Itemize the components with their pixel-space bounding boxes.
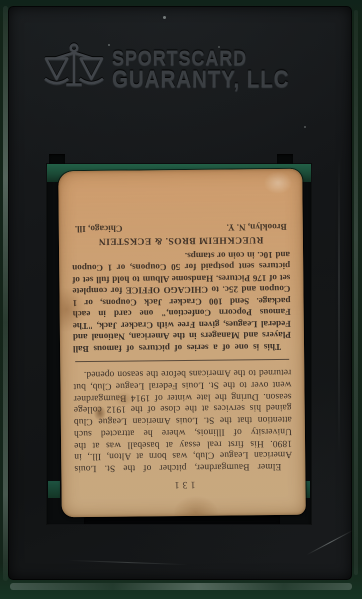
well-top-right-tab [277,154,293,164]
grader-brand-line2: GUARANTY, LLC [112,69,289,91]
company-name: RUECKHEIM BROS. & ECKSTEIN [72,234,290,247]
card-number: 131 [74,478,292,491]
trading-card-back: 131 Elmer Baumgardner, pitcher of the St… [58,169,306,518]
player-bio-text: Elmer Baumgardner, pitcher of the St. Lo… [73,366,292,474]
divider-rule [75,359,289,362]
dust-speck [163,16,166,19]
city-left: Brooklyn, N. Y. [227,222,287,233]
company-cities: Brooklyn, N. Y. Chicago, Ill. [72,222,290,234]
card-back-content: 131 Elmer Baumgardner, pitcher of the St… [58,169,306,518]
grader-logo-text: SPORTSCARD GUARANTY, LLC [112,49,289,91]
slab-inner-bevel-highlight [338,156,340,456]
scratch-mark [68,560,188,565]
scratch-mark [307,530,353,555]
slab-bottom-seam [10,583,352,590]
balance-scale-icon [43,42,105,98]
graded-card-slab-photo: SPORTSCARD GUARANTY, LLC 131 Elmer Baumg… [0,0,362,599]
well-top-left-tab [49,154,65,164]
well-bottom-left-notch [48,481,60,498]
dust-speck [304,126,306,128]
city-right: Chicago, Ill. [75,224,123,234]
cracker-jack-promo-text: This is one of a series of pictures of f… [72,248,291,354]
grader-logo: SPORTSCARD GUARANTY, LLC [0,42,362,98]
